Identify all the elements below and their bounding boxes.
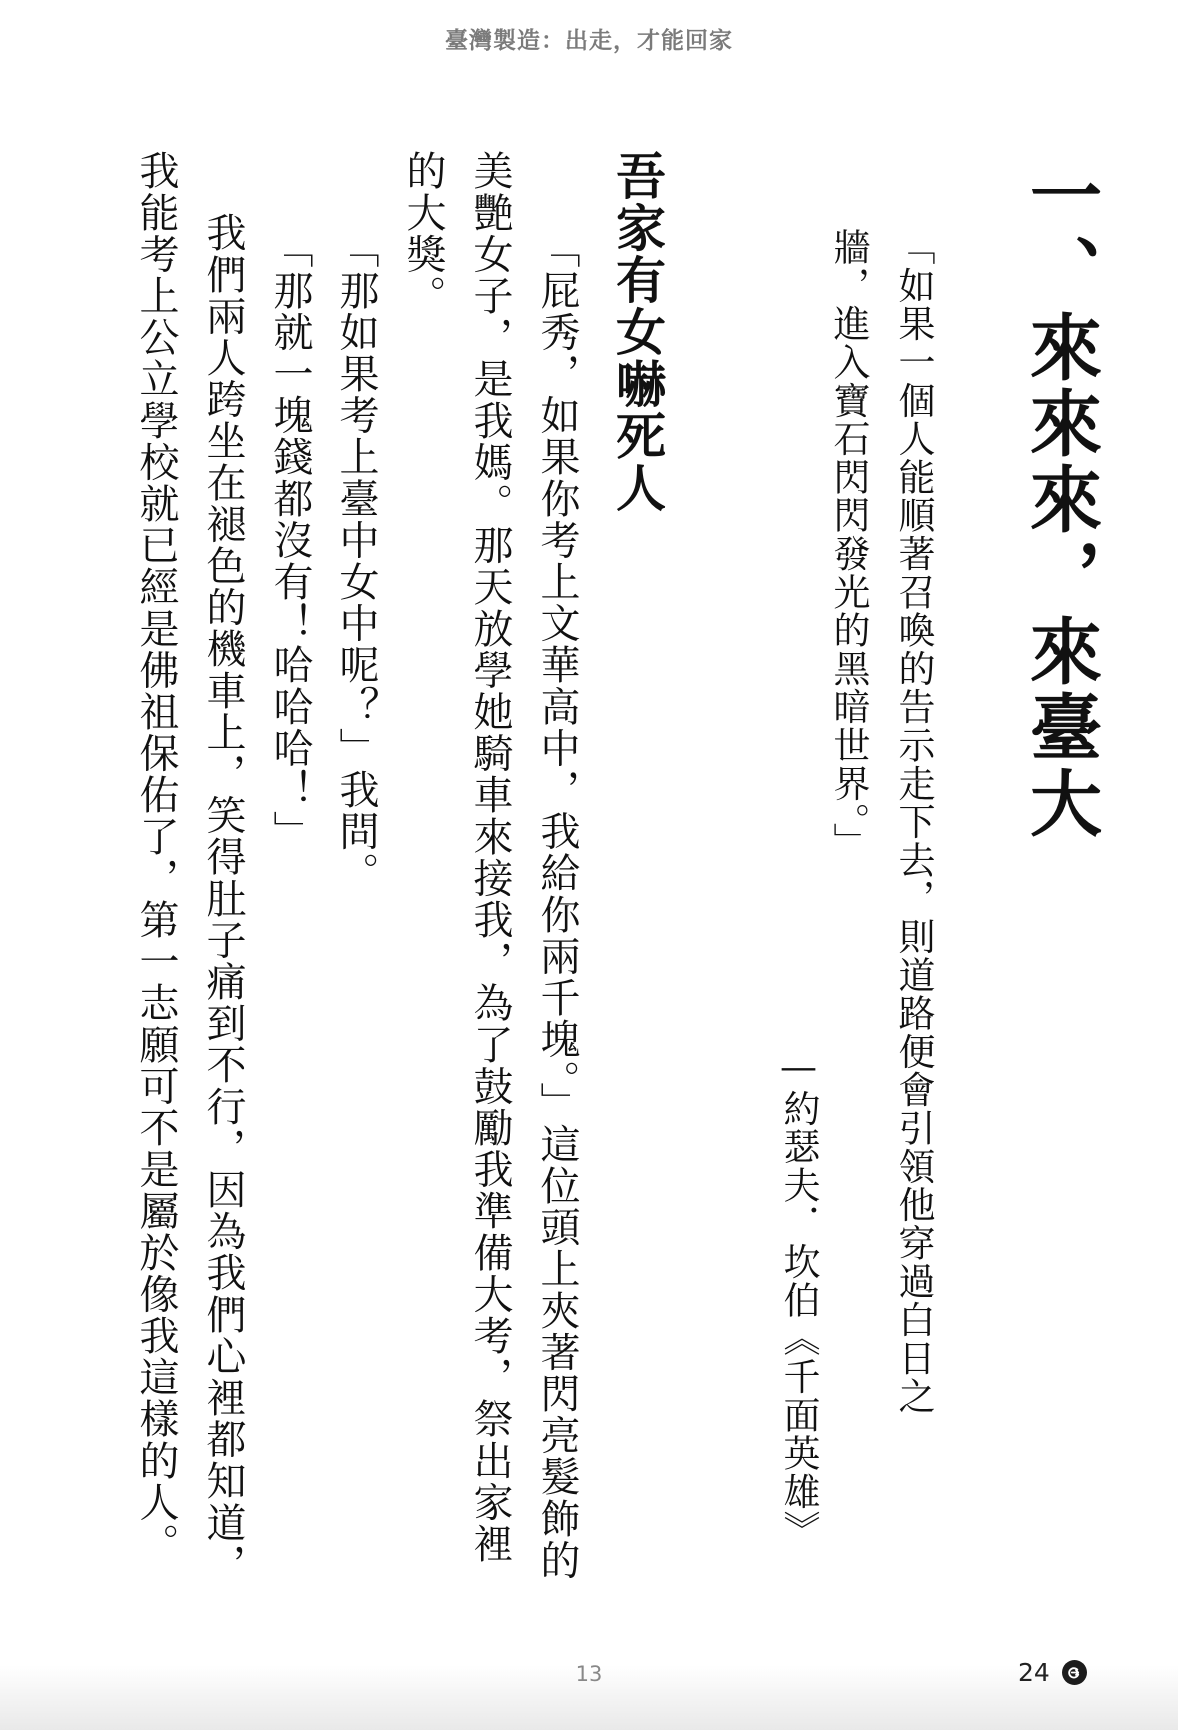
body-paragraph-2-line-2: 我能考上公立學校就已經是佛祖保佑了，第一志願可不是屬於像我這樣的人。: [136, 150, 176, 1564]
body-paragraph-2-line-1: 我們兩人跨坐在褪色的機車上，笑得肚子痛到不行，因為我們心裡都知道，: [203, 212, 243, 1585]
epigraph-line-2: 牆，進入寶石閃閃發光的黑暗世界。」: [830, 228, 867, 861]
pages-left-count: 24: [1018, 1658, 1050, 1687]
epigraph-line-1: 「如果一個人能順著召喚的告示走下去，則道路便會引領他穿過白日之: [895, 228, 932, 1415]
section-heading: 吾家有女嚇死人: [612, 150, 662, 514]
pages-left-indicator[interactable]: 24: [1018, 1658, 1087, 1687]
body-paragraph-1-line-1: 「屁秀，如果你考上文華高中，我給你兩千塊。」這位頭上夾著閃亮髮飾的: [537, 228, 577, 1581]
body-paragraph-1-line-2: 美艷女子，是我媽。那天放學她騎車來接我，為了鼓勵我準備大考，祭出家裡: [470, 150, 510, 1564]
body-paragraph-1-line-3: 的大獎。: [403, 150, 443, 316]
page-number: 13: [0, 1662, 1178, 1686]
body-dialogue-question: 「那如果考上臺中女中呢？」我問。: [336, 228, 376, 894]
running-header: 臺灣製造：出走，才能回家: [0, 22, 1178, 55]
next-chapter-icon[interactable]: [1062, 1660, 1087, 1685]
body-dialogue-answer: 「那就一塊錢都沒有！哈哈哈！」: [270, 228, 310, 852]
epigraph-attribution: —約瑟夫．坎伯《千面英雄》: [780, 1045, 817, 1549]
chapter-title: 一、來來來，來臺大: [1024, 158, 1096, 842]
